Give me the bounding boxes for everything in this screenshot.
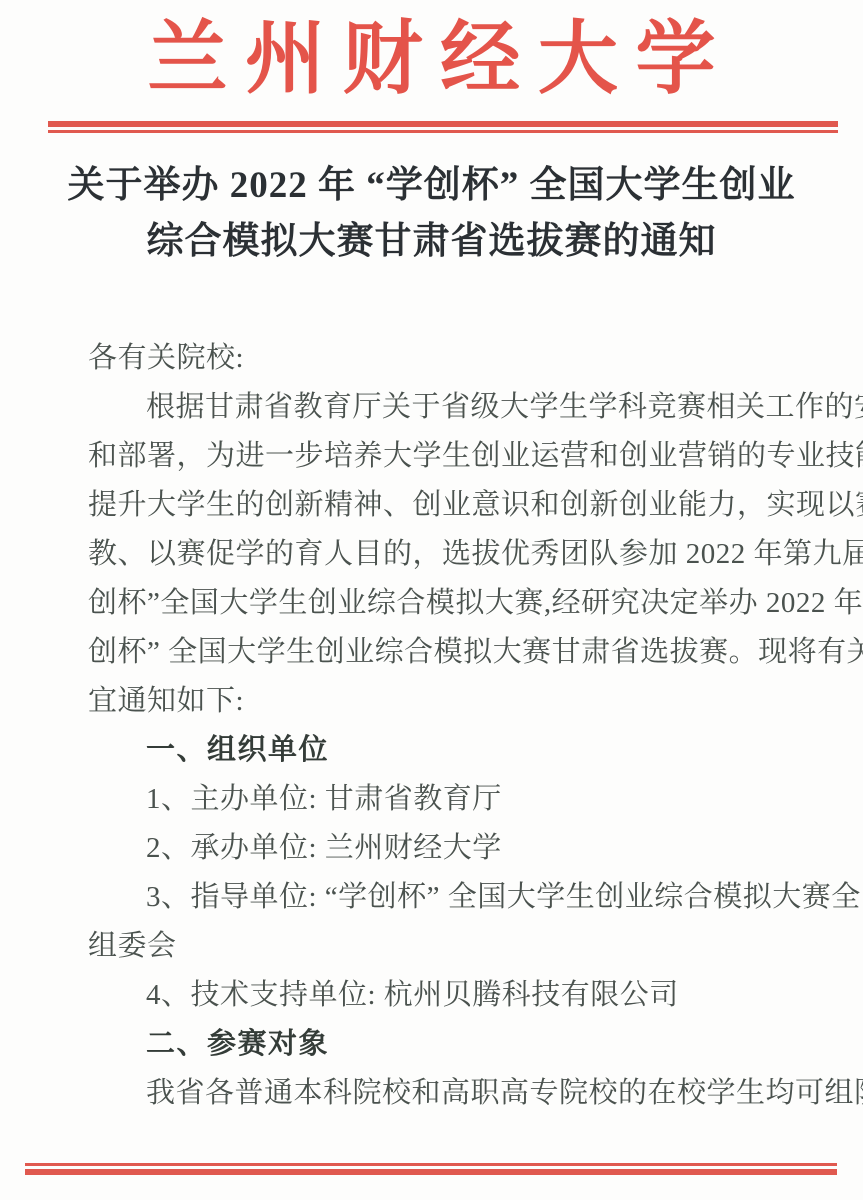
paragraph2-line-1: 我省各普通本科院校和高职高专院校的在校学生均可组队报 [88, 1069, 840, 1118]
section-heading-participants: 二、参赛对象 [88, 1020, 840, 1069]
paragraph1-line-3: 提升大学生的创新精神、创业意识和创新创业能力，实现以赛促 [88, 481, 840, 530]
paragraph1-line-4: 教、以赛促学的育人目的，选拔优秀团队参加 2022 年第九届 “学 [88, 530, 840, 579]
list-item-organizer-unit: 2、承办单位: 兰州财经大学 [88, 824, 840, 873]
paragraph1-line-2: 和部署，为进一步培养大学生创业运营和创业营销的专业技能， [88, 432, 840, 481]
salutation: 各有关院校: [88, 334, 840, 383]
notice-title: 关于举办 2022 年 “学创杯” 全国大学生创业 综合模拟大赛甘肃省选拔赛的通… [0, 158, 863, 270]
scanned-notice-page: 兰州财经大学 关于举办 2022 年 “学创杯” 全国大学生创业 综合模拟大赛甘… [0, 0, 863, 1200]
university-letterhead: 兰州财经大学 [0, 8, 863, 113]
paragraph1-line-7: 宜通知如下: [88, 677, 840, 726]
footer-double-rule [25, 1163, 837, 1175]
paragraph1-line-1: 根据甘肃省教育厅关于省级大学生学科竞赛相关工作的安排 [88, 383, 840, 432]
notice-title-line-2: 综合模拟大赛甘肃省选拔赛的通知 [0, 214, 863, 270]
list-item-guidance-unit-line-2: 组委会 [88, 922, 840, 971]
section-heading-organizers: 一、组织单位 [88, 726, 840, 775]
notice-body: 各有关院校: 根据甘肃省教育厅关于省级大学生学科竞赛相关工作的安排 和部署，为进… [88, 334, 840, 1118]
list-item-host-unit: 1、主办单位: 甘肃省教育厅 [88, 775, 840, 824]
notice-title-line-1: 关于举办 2022 年 “学创杯” 全国大学生创业 [0, 158, 863, 214]
header-double-rule [48, 121, 838, 133]
list-item-tech-support-unit: 4、技术支持单位: 杭州贝腾科技有限公司 [88, 971, 840, 1020]
list-item-guidance-unit-line-1: 3、指导单位: “学创杯” 全国大学生创业综合模拟大赛全国 [88, 873, 840, 922]
paragraph1-line-5: 创杯”全国大学生创业综合模拟大赛,经研究决定举办 2022 年“学 [88, 579, 840, 628]
paragraph1-line-6: 创杯” 全国大学生创业综合模拟大赛甘肃省选拔赛。现将有关事 [88, 628, 840, 677]
